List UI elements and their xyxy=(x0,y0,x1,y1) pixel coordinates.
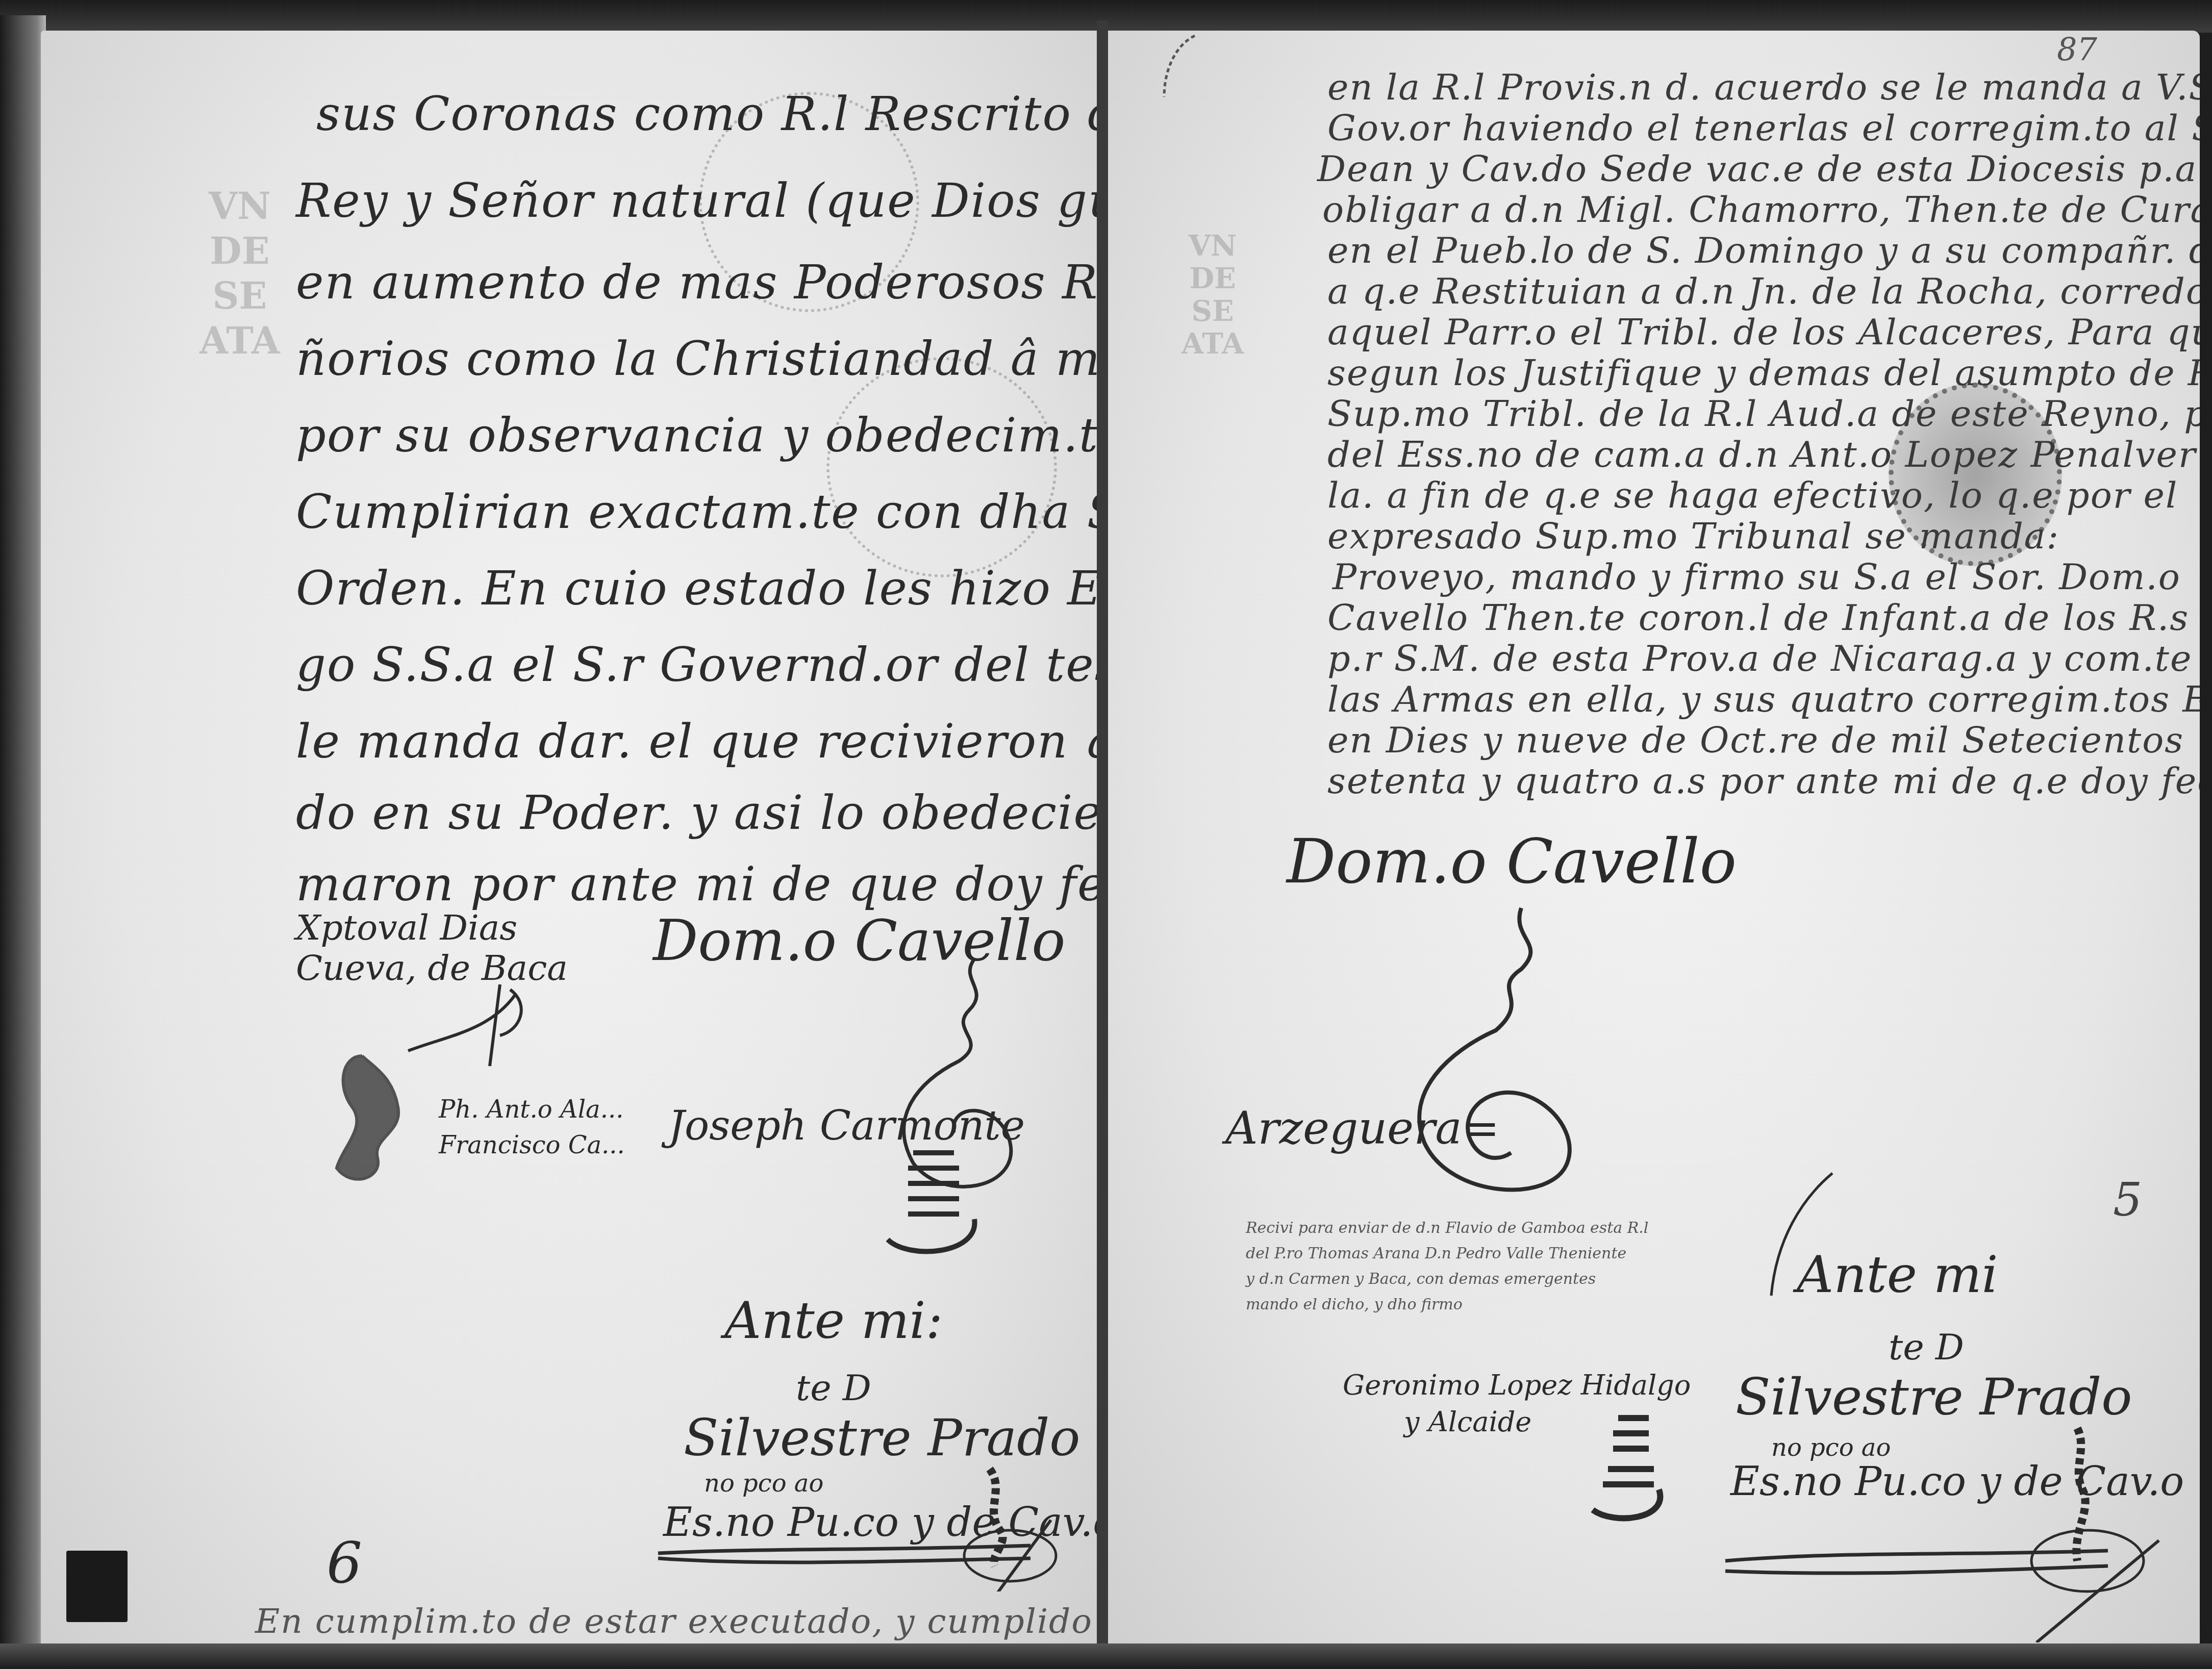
rubric-coil-icon xyxy=(877,1143,990,1265)
text-line: sus Coronas como R.l Rescrito de nuestro xyxy=(316,87,1097,141)
text-line: en el Pueb.lo de S. Domingo y a su compa… xyxy=(1327,230,2200,271)
left-page: VN DE SE ATA sus Coronas como R.l Rescri… xyxy=(41,31,1097,1648)
seal-arc-icon xyxy=(1149,31,1200,102)
text-line: en Dies y nueve de Oct.re de mil Setecie… xyxy=(1327,719,2184,761)
margin-numeral: 6 xyxy=(326,1530,362,1596)
text-line: aquel Parr.o el Tribl. de los Alcaceres,… xyxy=(1327,311,2200,353)
text-line: Orden. En cuio estado les hizo Entre xyxy=(296,561,1097,616)
right-page: 87 VN DE SE ATA en la R.l Provis.n d. ac… xyxy=(1108,31,2200,1648)
text-line: Dean y Cav.do Sede vac.e de esta Diocesi… xyxy=(1317,148,2200,190)
text-line: setenta y quatro a.s por ante mi de q.e … xyxy=(1327,760,2200,802)
text-line: Cumplirian exactam.te con dha Superior xyxy=(296,485,1097,539)
notary-superscript: te D xyxy=(1889,1326,1964,1368)
text-line: p.r S.M. de esta Prov.a de Nicarag.a y c… xyxy=(1327,638,2200,679)
seal-stamp-faint xyxy=(826,357,1057,577)
seal-bleed-through: VN DE SE ATA xyxy=(194,184,286,363)
signature-cavello: Dom.o Cavello xyxy=(1287,826,1737,897)
text-line: expresado Sup.mo Tribunal se manda: xyxy=(1327,515,2059,557)
text-line: en la R.l Provis.n d. acuerdo se le mand… xyxy=(1327,66,2200,108)
folio-number: 87 xyxy=(2057,31,2097,68)
rubric-knot-icon xyxy=(321,1046,434,1199)
book-gutter xyxy=(1097,20,1108,1653)
margin-numeral: 5 xyxy=(2113,1173,2142,1227)
seal-bleed-through: VN DE SE ATA xyxy=(1174,230,1251,360)
text-line: Gov.or haviendo el tenerlas el corregim.… xyxy=(1327,107,2200,149)
text-line: Sup.mo Tribl. de la R.l Aud.a de este Re… xyxy=(1327,393,2200,435)
text-line: las Armas en ella, y sus quatro corregim… xyxy=(1327,678,2200,720)
text-line: obligar a d.n Migl. Chamorro, Then.te de… xyxy=(1322,189,2200,231)
text-line: go S.S.a el S.r Governd.or del testimoni… xyxy=(296,638,1097,692)
notary-rubric-icon xyxy=(653,1459,1092,1591)
text-line: do en su Poder. y asi lo obedecieron y f… xyxy=(296,786,1097,840)
text-line: maron por ante mi de que doy fee= xyxy=(296,857,1097,912)
text-line: Proveyo, mando y firmo su S.a el Sor. Do… xyxy=(1333,556,2181,598)
closing-text-line: En cumplim.to de estar executado, y cump… xyxy=(255,1602,1097,1641)
signature-arzeguera: Arzeguera= xyxy=(1225,1102,1499,1154)
text-line: le manda dar. el que recivieron quedan xyxy=(296,714,1097,769)
text-line: segun los Justifique y demas del asumpto… xyxy=(1327,352,2200,394)
text-line: del Ess.no de cam.a d.n Ant.o Lopez Pena… xyxy=(1327,434,2200,475)
page-clip xyxy=(66,1551,128,1622)
text-line: a q.e Restituian a d.n Jn. de la Rocha, … xyxy=(1327,270,2200,312)
signature-alarcon: Ph. Ant.o Ala... Francisco Ca... xyxy=(439,1092,625,1163)
rubric-flourish-icon xyxy=(1327,898,1593,1224)
text-line: la. a fin de q.e se haga efectivo, lo q.… xyxy=(1327,474,2178,516)
notary-superscript: te D xyxy=(796,1367,871,1409)
rubric-coil-icon xyxy=(1577,1408,1679,1530)
text-line: ñorios como la Christiandad â menester xyxy=(296,332,1097,386)
attestation-label: Ante mi: xyxy=(724,1291,943,1350)
attestation-label: Ante mi xyxy=(1797,1245,1998,1304)
binding-edge xyxy=(0,15,46,1658)
scanner-bottom-edge xyxy=(0,1643,2212,1669)
text-line: Rey y Señor natural (que Dios gûe) xyxy=(296,173,1097,228)
text-line: por su observancia y obedecim.to dixeron xyxy=(296,408,1097,463)
text-line: Cavello Then.te coron.l de Infant.a de l… xyxy=(1327,597,2200,639)
manuscript-spread: VN DE SE ATA sus Coronas como R.l Rescri… xyxy=(0,0,2212,1669)
notary-rubric-icon xyxy=(1720,1408,2179,1642)
text-line: en aumento de mas Poderosos Reynos y Se xyxy=(296,255,1097,310)
